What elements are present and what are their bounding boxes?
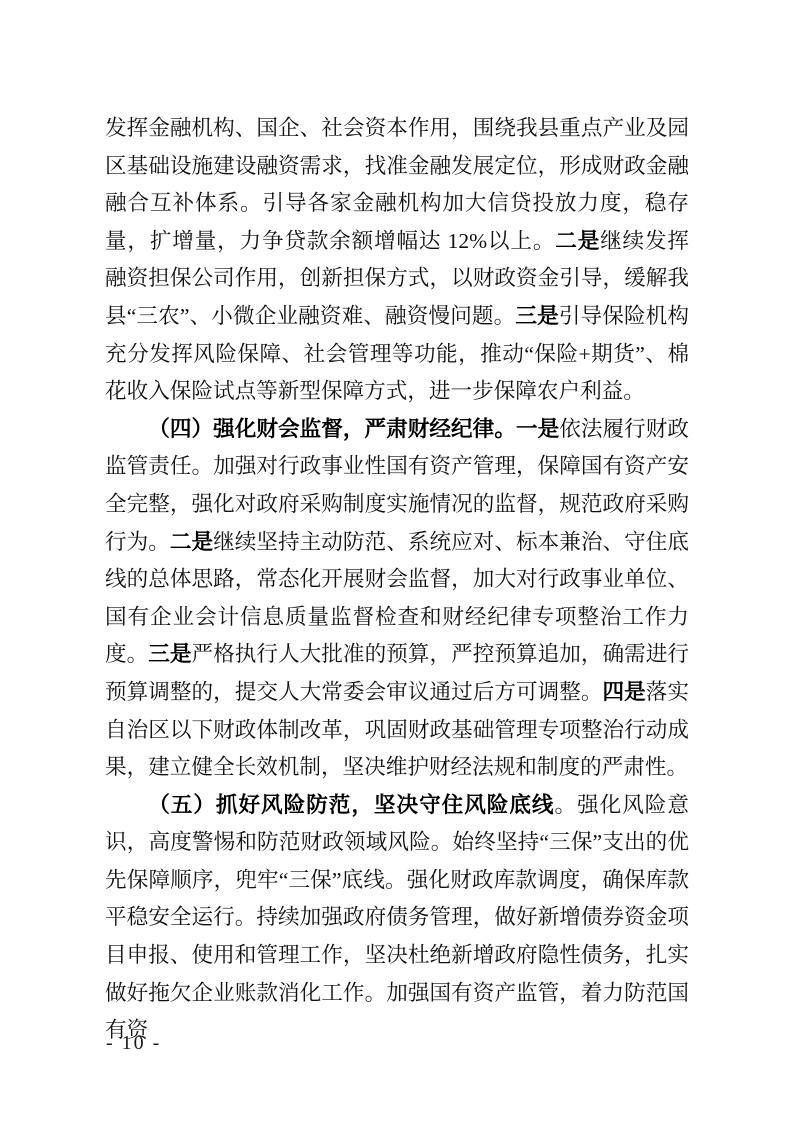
emphasis-text: 四是 [602, 680, 645, 704]
emphasis-text: 二是 [555, 229, 600, 253]
emphasis-text: 三是 [148, 642, 191, 666]
emphasis-text: （五）抓好风险防范，坚决守住风险底线 [148, 793, 554, 817]
paragraph: （四）强化财会监督，严肃财经纪律。一是依法履行财政监管责任。加强对行政事业性国有… [105, 411, 689, 787]
body-text: 。强化风险意识，高度警惕和防范财政领域风险。始终坚持“三保”支出的优先保障顺序，… [105, 793, 689, 1043]
document-body: 发挥金融机构、国企、社会资本作用，围绕我县重点产业及园区基础设施建设融资需求，找… [105, 110, 689, 1050]
paragraph: 发挥金融机构、国企、社会资本作用，围绕我县重点产业及园区基础设施建设融资需求，找… [105, 110, 689, 411]
emphasis-text: （四）强化财会监督，严肃财经纪律。一是 [148, 417, 559, 441]
paragraph: （五）抓好风险防范，坚决守住风险底线。强化风险意识，高度警惕和防范财政领域风险。… [105, 787, 689, 1050]
page-number: - 10 - [106, 1031, 161, 1055]
document-page: 发挥金融机构、国企、社会资本作用，围绕我县重点产业及园区基础设施建设融资需求，找… [0, 0, 793, 1122]
emphasis-text: 三是 [515, 304, 558, 328]
emphasis-text: 二是 [170, 530, 213, 554]
